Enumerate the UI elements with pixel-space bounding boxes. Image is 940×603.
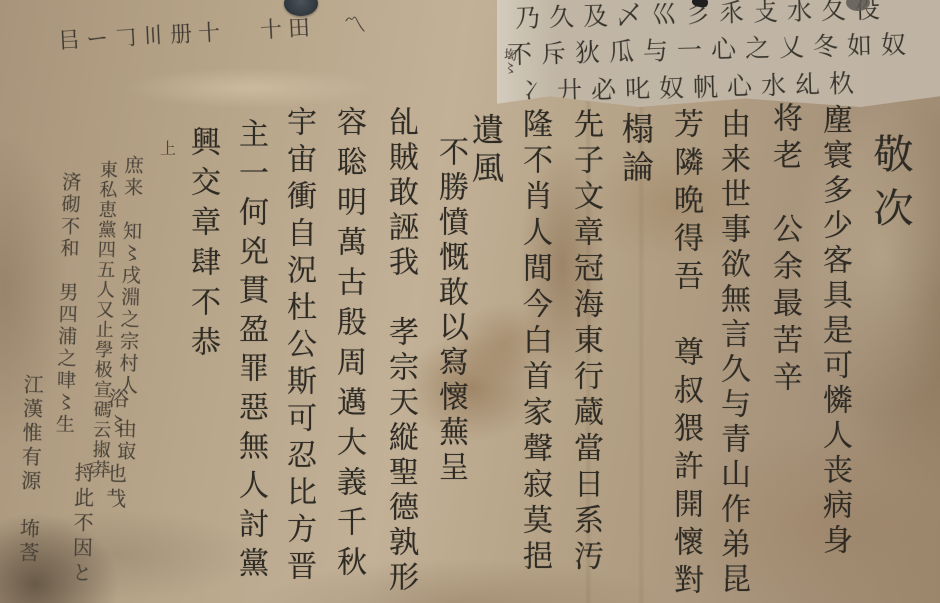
margin-small-mark: 上 <box>160 136 176 159</box>
poem-column-11: 容聡明萬古殷周邁大義千秋 <box>326 106 370 586</box>
margin-cursive-column-5: 捋此不因と <box>66 462 98 588</box>
poem-column-13: 主一何兇貫盈罪惡無人討黨 <box>228 118 272 586</box>
poem-column-9: 不勝憤慨敢以寫懷蕪呈 <box>428 136 472 486</box>
poem-title-column: 敬次 <box>862 133 919 241</box>
poem-column-7: 隆不肖人間今白首家聲寂莫挹 <box>512 108 556 576</box>
pasted-fragment: 乃久及乄巛彡乑攴水夂伇 不斥狄瓜与一心之乂冬如奴 冫廾必叱奴帆心水乣杦 㘭〻 <box>497 0 940 107</box>
poem-column-6: 先子文章冠海東行蔵當日系汚 <box>563 108 607 576</box>
poem-column-12: 宇宙衝自況杜公斯可忍比方晋 <box>276 106 320 587</box>
margin-cursive-column-6: 江漢惟有源 㘵莟 <box>13 374 47 567</box>
poem-column-3: 由来世事欲無言久与青山作弟昆 <box>710 108 754 598</box>
poem-column-2: 将老 公余最苦辛 <box>762 102 806 398</box>
margin-cursive-column-4: 浴〻 也𢦏 <box>100 388 132 514</box>
poem-column-5: 榻論 <box>613 112 659 188</box>
manuscript-photo: 乃久及乄巛彡乑攴水夂伇 不斥狄瓜与一心之乂冬如奴 冫廾必叱奴帆心水乣杦 㘭〻 㠯… <box>0 0 940 603</box>
poem-column-14: 興交章肆不恭 <box>180 126 224 366</box>
poem-column-1: 塵寰多少客具是可憐人丧病身 <box>812 104 856 559</box>
fragment-edge-marks: 㘭〻 <box>499 48 519 74</box>
poem-column-4: 芳隣晩得吾 尊叔猥許開懷對 <box>663 108 707 602</box>
poem-column-10: 乨賊敢誣我 孝宗天縦聖德孰形 <box>378 106 422 596</box>
